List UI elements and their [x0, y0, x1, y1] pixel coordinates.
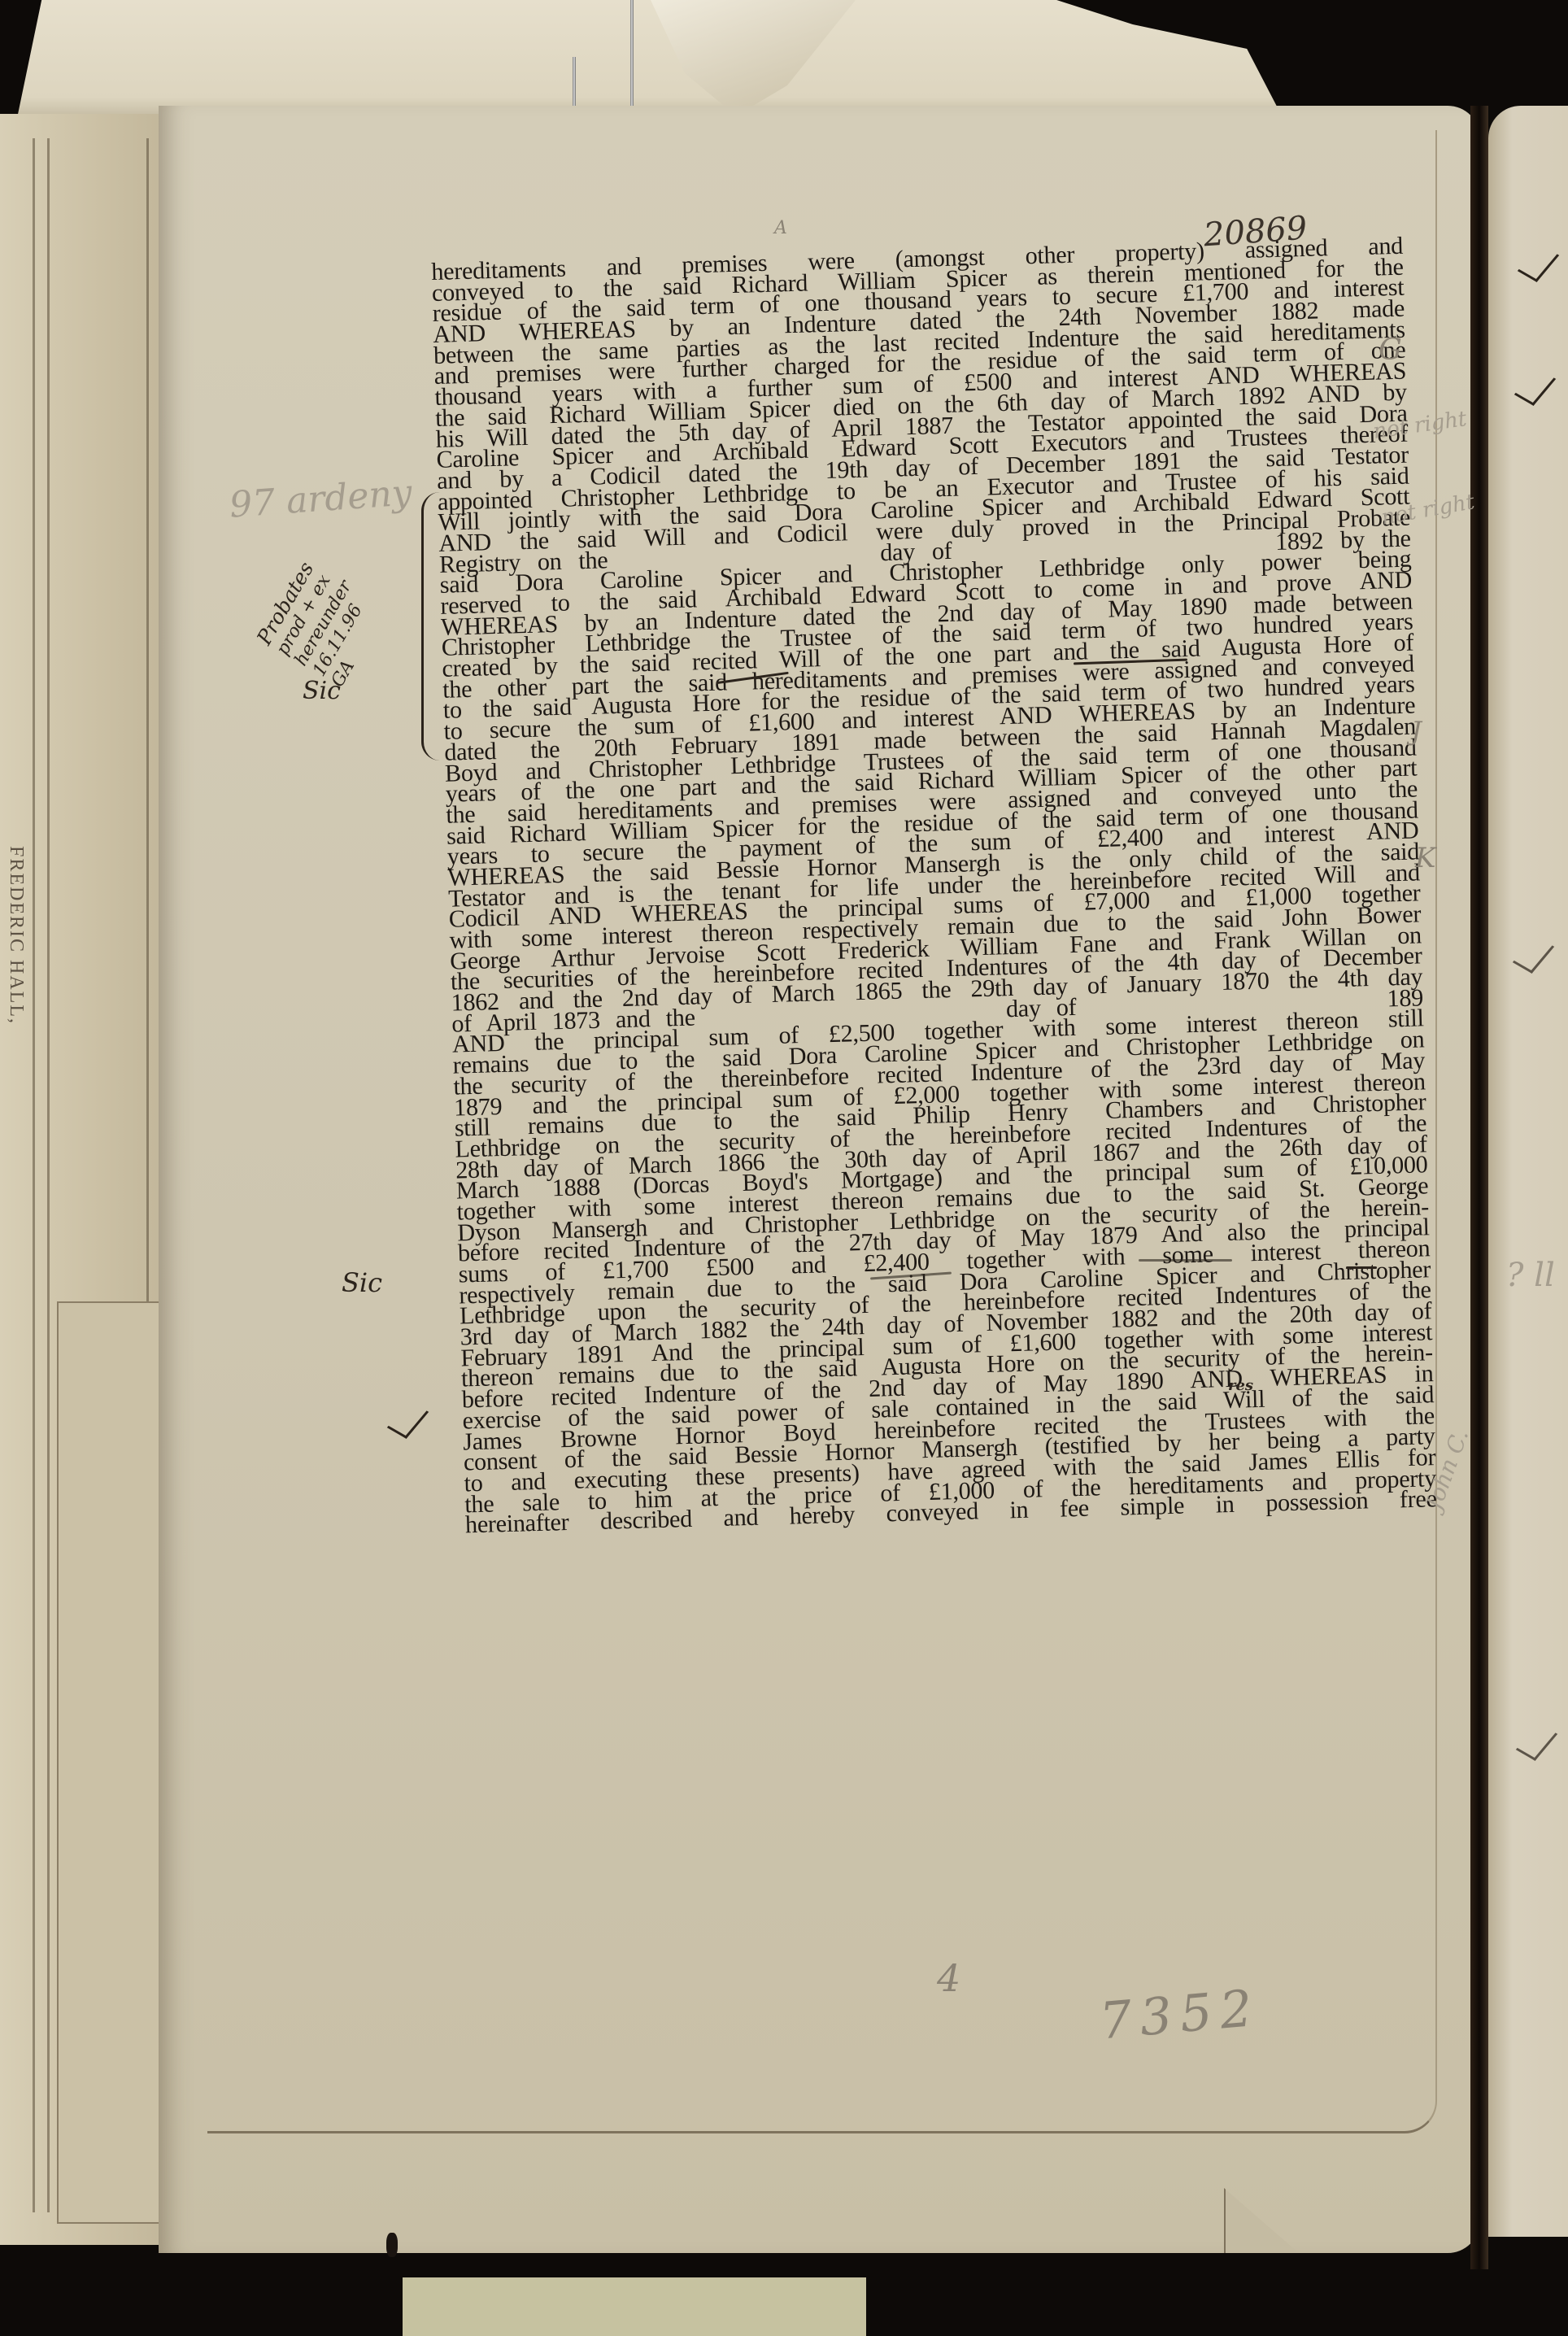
ink-blot	[386, 2233, 398, 2257]
right-facing-page	[1488, 106, 1568, 2237]
pencil-note-right-page: ? ll	[1506, 1257, 1555, 1294]
page-tear	[1224, 2188, 1299, 2253]
torn-paper-flap	[651, 0, 992, 122]
upper-torn-papers	[16, 0, 1285, 122]
handwritten-blank-dash	[1346, 1266, 1377, 1269]
binding-gutter	[1470, 106, 1488, 2269]
margin-letter-j: J	[1411, 716, 1422, 747]
bottom-tab	[403, 2277, 866, 2336]
pin	[573, 57, 576, 110]
margin-letter-g: G	[1379, 333, 1402, 367]
inline-correction: res	[1228, 1377, 1253, 1394]
pin	[630, 0, 634, 110]
page-edge	[47, 138, 50, 2212]
spine-label: FREDERIC HALL,	[5, 846, 27, 1025]
margin-letter-k: K	[1415, 842, 1435, 874]
page-letter: 4	[937, 1956, 960, 2000]
top-mark: A	[774, 218, 787, 238]
page-edge	[33, 138, 35, 2212]
handwritten-blank-dash	[1139, 1259, 1232, 1262]
sic-note: Sic	[303, 677, 341, 705]
sic-note: Sic	[342, 1267, 382, 1298]
deed-body-text: hereditaments and premises were (amongst…	[431, 236, 1437, 1536]
